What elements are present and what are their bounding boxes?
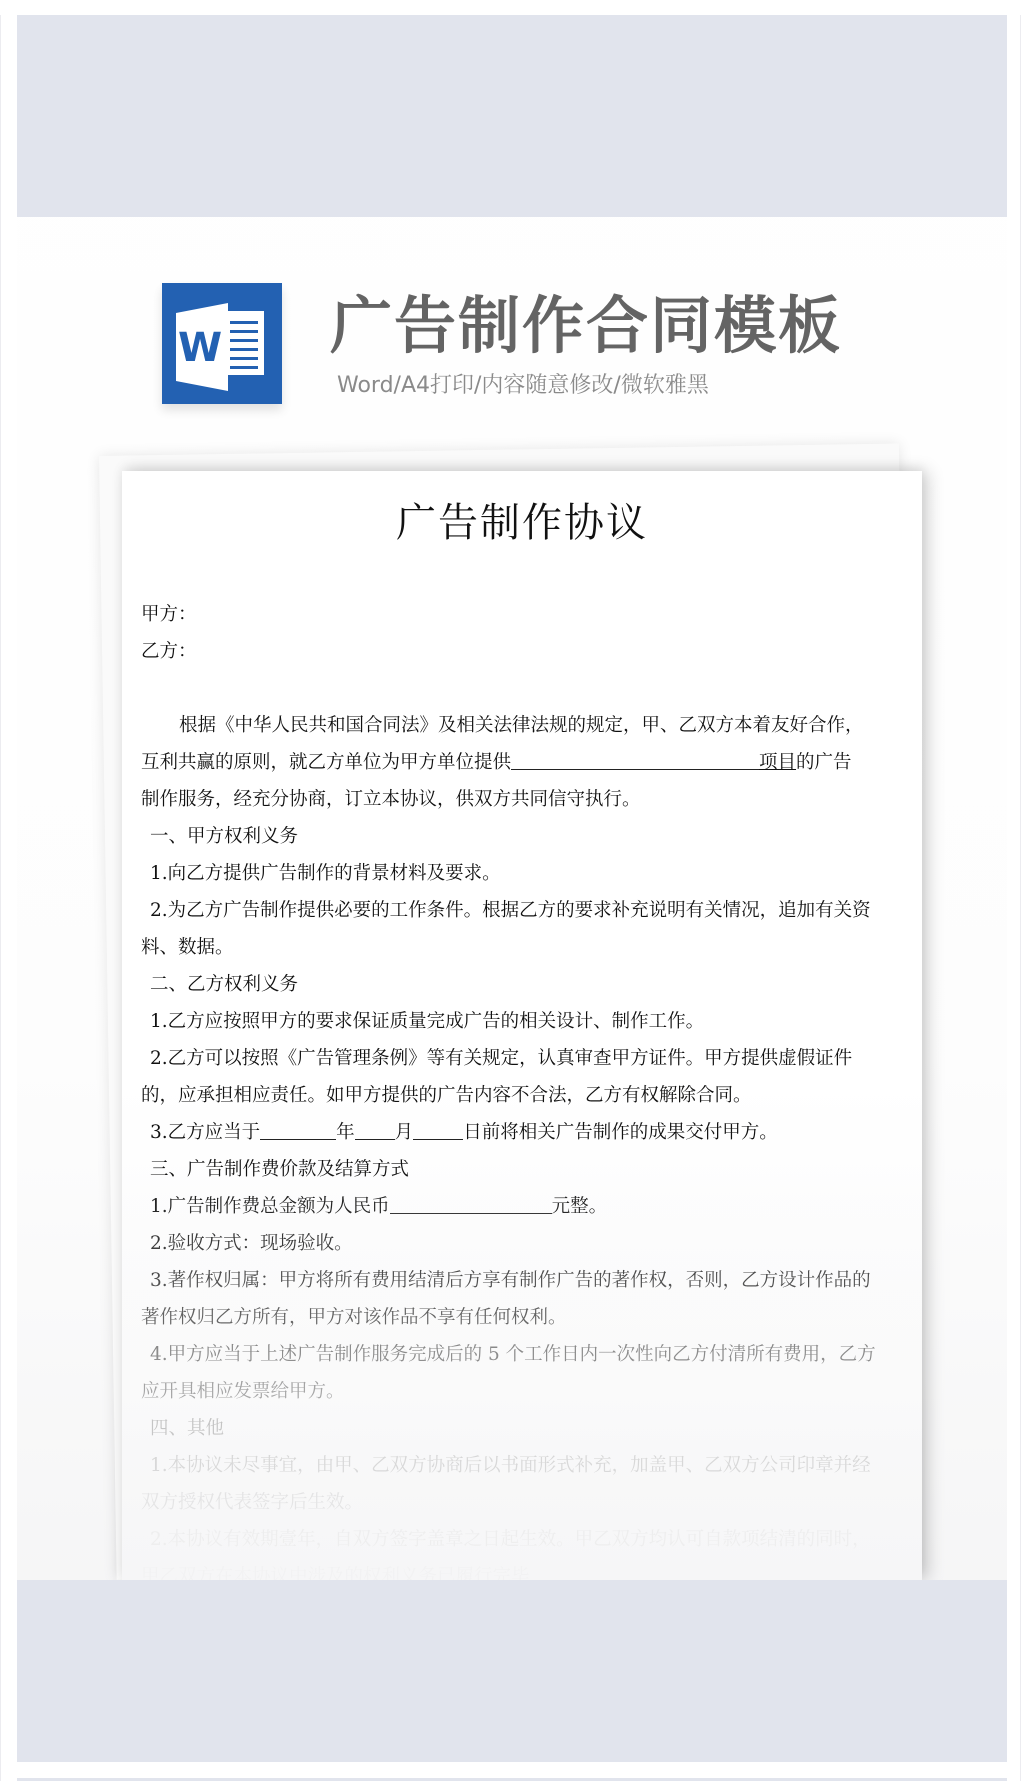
word-document-icon: W (162, 283, 282, 404)
party-a-line: 甲方： (141, 596, 911, 633)
section-heading: 二、乙方权利义务 (141, 966, 911, 1003)
section-heading: 四、其他 (141, 1410, 911, 1447)
section-heading: 一、甲方权利义务 (141, 818, 911, 855)
page-edge-left (0, 15, 1, 1781)
delivery-date-clause: 3.乙方应当于年月日前将相关广告制作的成果交付甲方。 (141, 1114, 911, 1151)
clause-line: 的，应承担相应责任。如甲方提供的广告内容不合法，乙方有权解除合同。 (141, 1077, 911, 1114)
year-blank (260, 1115, 336, 1140)
clause-line: 双方授权代表签字后生效。 (141, 1484, 911, 1521)
clause-line: 1.向乙方提供广告制作的背景材料及要求。 (141, 855, 911, 892)
clause-line: 著作权归乙方所有，甲方对该作品不享有任何权利。 (141, 1299, 911, 1336)
clause-line: 4.甲方应当于上述广告制作服务完成后的 5 个工作日内一次性向乙方付清所有费用，… (141, 1336, 911, 1373)
intro-line: 制作服务，经充分协商，订立本协议，供双方共同信守执行。 (141, 781, 911, 818)
top-banner-band (17, 15, 1007, 217)
fee-clause: 1.广告制作费总金额为人民币元整。 (141, 1188, 911, 1225)
clause-line: 应开具相应发票给甲方。 (141, 1373, 911, 1410)
clause-line: 1.本协议未尽事宜，由甲、乙双方协商后以书面形式补充，加盖甲、乙双方公司印章并经 (141, 1447, 911, 1484)
document-page: 广告制作协议 甲方： 乙方： 根据《中华人民共和国合同法》及相关法律法规的规定，… (122, 471, 922, 1580)
clause-line: 2.本协议有效期壹年，自双方签字盖章之日起生效。甲乙双方均认可自款项结清的同时， (141, 1521, 911, 1558)
bottom-banner-band (17, 1580, 1007, 1762)
intro-line: 根据《中华人民共和国合同法》及相关法律法规的规定，甲、乙双方本着友好合作， (141, 707, 911, 744)
clause-line: 料、数据。 (141, 929, 911, 966)
banner-subtitle: Word/A4打印/内容随意修改/微软雅黑 (337, 368, 709, 399)
banner-title: 广告制作合同模板 (330, 276, 842, 365)
document-body: 甲方： 乙方： 根据《中华人民共和国合同法》及相关法律法规的规定，甲、乙双方本着… (141, 596, 911, 1580)
svg-text:W: W (178, 325, 222, 371)
clause-line: 1.乙方应按照甲方的要求保证质量完成广告的相关设计、制作工作。 (141, 1003, 911, 1040)
month-blank (355, 1115, 395, 1140)
project-blank (511, 745, 759, 770)
clause-line: 甲乙双方在本协议中涉及的权利义务已履行完毕 (141, 1558, 911, 1580)
clause-line: 2.乙方可以按照《广告管理条例》等有关规定，认真审查甲方证件。甲方提供虚假证件 (141, 1040, 911, 1077)
section-heading: 三、广告制作费价款及结算方式 (141, 1151, 911, 1188)
page-edge-right (1020, 15, 1021, 1781)
clause-line: 2.为乙方广告制作提供必要的工作条件。根据乙方的要求补充说明有关情况，追加有关资 (141, 892, 911, 929)
clause-line: 3.著作权归属：甲方将所有费用结清后方享有制作广告的著作权，否则，乙方设计作品的 (141, 1262, 911, 1299)
intro-line: 互利共赢的原则，就乙方单位为甲方单位提供项目的广告 (141, 744, 911, 781)
party-b-line: 乙方： (141, 633, 911, 670)
clause-line: 2.验收方式：现场验收。 (141, 1225, 911, 1262)
fee-amount-blank (390, 1189, 552, 1214)
day-blank (413, 1115, 463, 1140)
document-title: 广告制作协议 (122, 491, 922, 548)
